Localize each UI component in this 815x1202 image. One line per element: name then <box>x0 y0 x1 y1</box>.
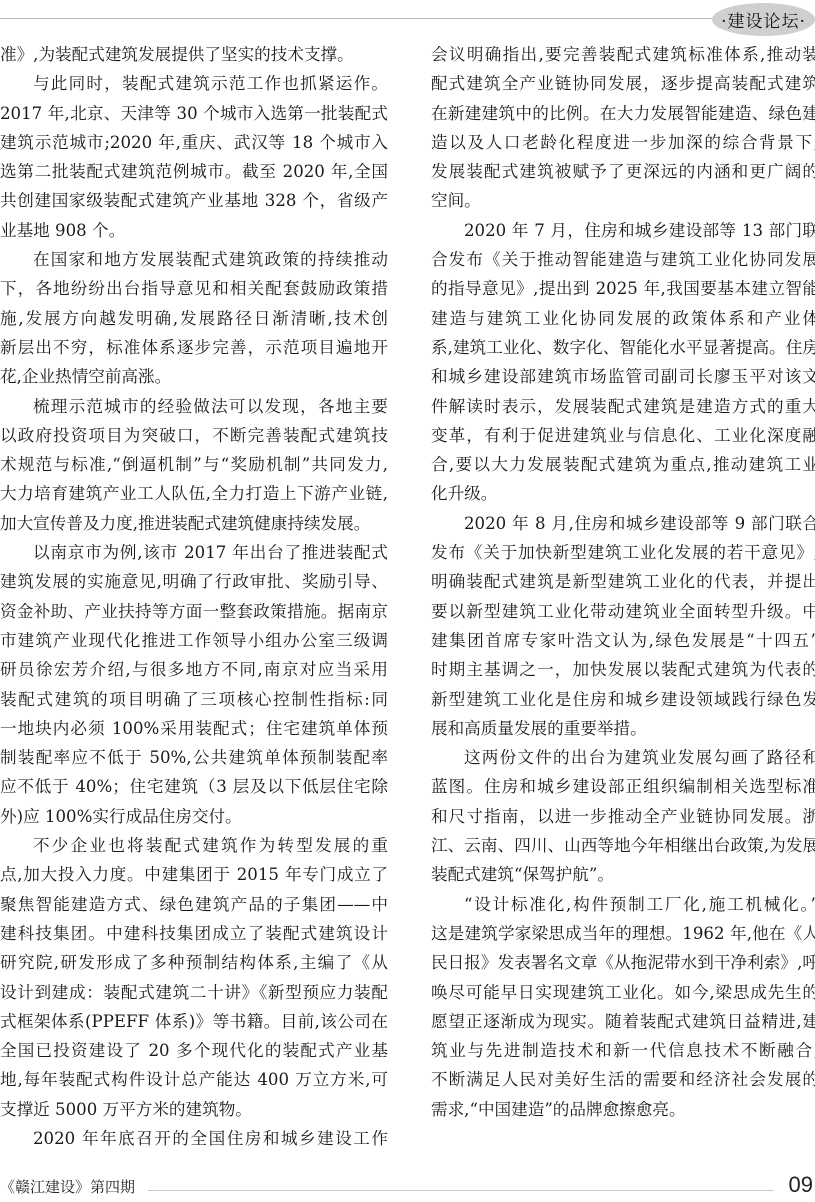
text-line: 民日报》发表署名文章《从拖泥带水到干净利索》,呼 <box>431 948 815 977</box>
text-line: 发布《关于加快新型建筑工业化发展的若干意见》, <box>431 538 815 567</box>
text-line: 下，各地纷纷出台指导意见和相关配套鼓励政策措 <box>0 274 388 303</box>
text-line: 不断满足人民对美好生活的需要和经济社会发展的 <box>431 1065 815 1094</box>
text-line: 的指导意见》,提出到 2025 年,我国要基本建立智能 <box>431 274 815 303</box>
text-line: 这是建筑学家梁思成当年的理想。1962 年,他在《人 <box>431 919 815 948</box>
text-line: 外)应 100%实行成品住房交付。 <box>0 802 388 831</box>
text-line: 新层出不穷，标准体系逐步完善，示范项目遍地开 <box>0 333 388 362</box>
text-line: 唤尽可能早日实现建筑工业化。如今,梁思成先生的 <box>431 978 815 1007</box>
text-line: 建集团首席专家叶浩文认为,绿色发展是“十四五” <box>431 626 815 655</box>
footer-rule <box>148 1190 774 1191</box>
text-line: 空间。 <box>431 186 815 215</box>
text-line: 术规范与标准,“倒逼机制”与“奖励机制”共同发力, <box>0 450 388 479</box>
text-line: 选第二批装配式建筑范例城市。截至 2020 年,全国 <box>0 157 388 186</box>
text-line: 共创建国家级装配式建筑产业基地 328 个，省级产 <box>0 186 388 215</box>
text-line: 系,建筑工业化、数字化、智能化水平显著提高。住房 <box>431 333 815 362</box>
text-line: 愿望正逐渐成为现实。随着装配式建筑日益精进,建 <box>431 1007 815 1036</box>
page-number: 09 <box>789 1172 813 1198</box>
journal-title: 《赣江建设》第四期 <box>0 1176 135 1197</box>
text-line: 装配式建筑“保驾护航”。 <box>431 860 815 889</box>
text-line: 建筑示范城市;2020 年,重庆、武汉等 18 个城市入 <box>0 128 388 157</box>
section-badge: ·建设论坛· <box>712 3 815 36</box>
article-column-left: 准》,为装配式建筑发展提供了坚实的技术支撑。与此同时，装配式建筑示范工作也抓紧运… <box>0 40 388 1153</box>
text-line: 化升级。 <box>431 479 815 508</box>
text-line: 筑业与先进制造技术和新一代信息技术不断融合, <box>431 1036 815 1065</box>
text-line: 变革，有利于促进建筑业与信息化、工业化深度融 <box>431 421 815 450</box>
text-line: 支撑近 5000 万平方米的建筑物。 <box>0 1095 388 1124</box>
text-line: 合,要以大力发展装配式建筑为重点,推动建筑工业 <box>431 450 815 479</box>
text-line: 件解读时表示，发展装配式建筑是建造方式的重大 <box>431 392 815 421</box>
text-line: 发展装配式建筑被赋予了更深远的内涵和更广阔的 <box>431 157 815 186</box>
text-line: 配式建筑全产业链协同发展，逐步提高装配式建筑 <box>431 69 815 98</box>
text-line: 明确装配式建筑是新型建筑工业化的代表，并提出 <box>431 567 815 596</box>
text-line: 2020 年年底召开的全国住房和城乡建设工作 <box>0 1124 388 1153</box>
text-line: 这两份文件的出台为建筑业发展勾画了路径和 <box>431 743 815 772</box>
text-line: 资金补助、产业扶持等方面一整套政策措施。据南京 <box>0 597 388 626</box>
text-line: 地,每年装配式构件设计总产能达 400 万立方米,可 <box>0 1065 388 1094</box>
text-line: 施,发展方向越发明确,发展路径日渐清晰,技术创 <box>0 304 388 333</box>
text-line: 花,企业热情空前高涨。 <box>0 362 388 391</box>
header-rule <box>0 18 712 19</box>
text-line: 2020 年 7 月，住房和城乡建设部等 13 部门联 <box>431 216 815 245</box>
text-line: 建科技集团。中建科技集团成立了装配式建筑设计 <box>0 919 388 948</box>
text-line: 蓝图。住房和城乡建设部正组织编制相关选型标准 <box>431 772 815 801</box>
text-line: 和尺寸指南，以进一步推动全产业链协同发展。浙 <box>431 802 815 831</box>
text-line: 制装配率应不低于 50%,公共建筑单体预制装配率 <box>0 743 388 772</box>
text-line: 新型建筑工业化是住房和城乡建设领域践行绿色发 <box>431 685 815 714</box>
text-line: 设计到建成：装配式建筑二十讲》《新型预应力装配 <box>0 978 388 1007</box>
text-line: 式框架体系(PPEFF 体系)》等书籍。目前,该公司在 <box>0 1007 388 1036</box>
text-line: 市建筑产业现代化推进工作领导小组办公室三级调 <box>0 626 388 655</box>
text-line: 会议明确指出,要完善装配式建筑标准体系,推动装 <box>431 40 815 69</box>
text-line: 不少企业也将装配式建筑作为转型发展的重 <box>0 831 388 860</box>
text-line: 合发布《关于推动智能建造与建筑工业化协同发展 <box>431 245 815 274</box>
text-line: 建筑发展的实施意见,明确了行政审批、奖励引导、 <box>0 567 388 596</box>
text-line: 点,加大投入力度。中建集团于 2015 年专门成立了 <box>0 860 388 889</box>
text-line: 时期主基调之一，加快发展以装配式建筑为代表的 <box>431 655 815 684</box>
text-line: 聚焦智能建造方式、绿色建筑产品的子集团——中 <box>0 890 388 919</box>
text-line: 梳理示范城市的经验做法可以发现，各地主要 <box>0 392 388 421</box>
text-line: 建造与建筑工业化协同发展的政策体系和产业体 <box>431 304 815 333</box>
text-line: 应不低于 40%；住宅建筑（3 层及以下低层住宅除 <box>0 772 388 801</box>
text-line: 一地块内必须 100%采用装配式；住宅建筑单体预 <box>0 714 388 743</box>
text-line: 业基地 908 个。 <box>0 216 388 245</box>
text-line: 造以及人口老龄化程度进一步加深的综合背景下, <box>431 128 815 157</box>
text-line: 2020 年 8 月,住房和城乡建设部等 9 部门联合 <box>431 509 815 538</box>
text-line: 要以新型建筑工业化带动建筑业全面转型升级。中 <box>431 597 815 626</box>
text-line: 和城乡建设部建筑市场监管司副司长廖玉平对该文 <box>431 362 815 391</box>
text-line: 研员徐宏芳介绍,与很多地方不同,南京对应当采用 <box>0 655 388 684</box>
text-line: 研究院,研发形成了多种预制结构体系,主编了《从 <box>0 948 388 977</box>
text-line: 以南京市为例,该市 2017 年出台了推进装配式 <box>0 538 388 567</box>
text-line: 加大宣传普及力度,推进装配式建筑健康持续发展。 <box>0 509 388 538</box>
text-line: 江、云南、四川、山西等地今年相继出台政策,为发展 <box>431 831 815 860</box>
text-line: “设计标准化,构件预制工厂化,施工机械化。” <box>431 890 815 919</box>
text-line: 大力培育建筑产业工人队伍,全力打造上下游产业链, <box>0 479 388 508</box>
text-line: 需求,“中国建造”的品牌愈擦愈亮。 <box>431 1095 815 1124</box>
text-line: 与此同时，装配式建筑示范工作也抓紧运作。 <box>0 69 388 98</box>
text-line: 在国家和地方发展装配式建筑政策的持续推动 <box>0 245 388 274</box>
text-line: 展和高质量发展的重要举措。 <box>431 714 815 743</box>
article-column-right: 会议明确指出,要完善装配式建筑标准体系,推动装配式建筑全产业链协同发展，逐步提高… <box>431 40 815 1124</box>
text-line: 在新建建筑中的比例。在大力发展智能建造、绿色建 <box>431 99 815 128</box>
text-line: 全国已投资建设了 20 多个现代化的装配式产业基 <box>0 1036 388 1065</box>
text-line: 装配式建筑的项目明确了三项核心控制性指标:同 <box>0 685 388 714</box>
text-line: 准》,为装配式建筑发展提供了坚实的技术支撑。 <box>0 40 388 69</box>
text-line: 2017 年,北京、天津等 30 个城市入选第一批装配式 <box>0 99 388 128</box>
text-line: 以政府投资项目为突破口，不断完善装配式建筑技 <box>0 421 388 450</box>
